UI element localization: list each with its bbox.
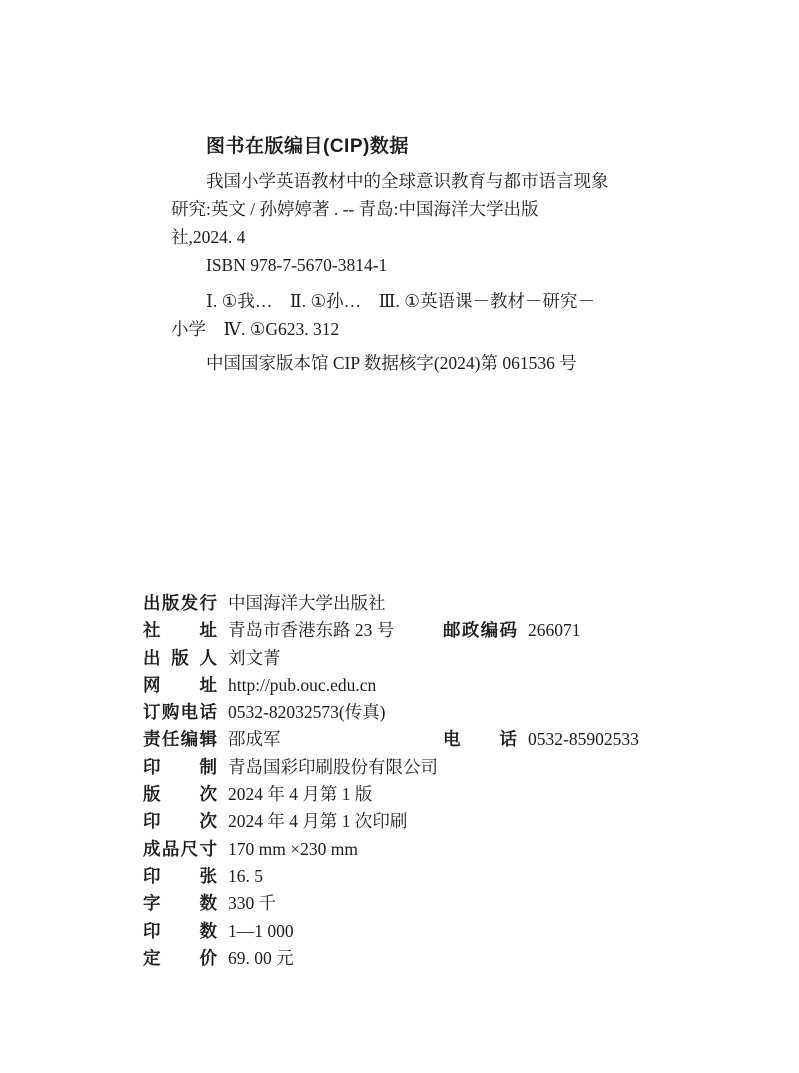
colophon-value: 69. 00 元 — [228, 945, 294, 972]
cip-record-number: 中国国家版本馆 CIP 数据核字(2024)第 061536 号 — [171, 349, 651, 377]
publish-date-line: 社,2024. 4 — [171, 223, 651, 251]
colophon-label: 订购电话 — [143, 699, 217, 726]
colophon-label: 社址 — [143, 617, 217, 644]
colophon-value: 330 千 — [228, 890, 276, 917]
colophon-value: 1—1 000 — [228, 918, 294, 945]
colophon-value: 170 mm ×230 mm — [228, 836, 358, 863]
colophon-label: 印制 — [143, 754, 217, 781]
row-word-count: 字数 330 千 — [143, 890, 763, 917]
colophon-value: 邵成军 — [228, 726, 281, 753]
row-impression: 印次 2024 年 4 月第 1 次印刷 — [143, 808, 763, 835]
colophon-label: 定价 — [143, 945, 217, 972]
colophon-value: 中国海洋大学出版社 — [228, 590, 386, 617]
row-order-phone: 订购电话 0532-82032573(传真) — [143, 699, 763, 726]
isbn-line: ISBN 978-7-5670-3814-1 — [171, 251, 651, 279]
cip-record-block: 我国小学英语教材中的全球意识教育与都市语言现象 研究:英文 / 孙婷婷著 . -… — [171, 167, 651, 377]
row-editor: 责任编辑 邵成军 电话 0532-85902533 — [143, 726, 763, 753]
colophon-value: 2024 年 4 月第 1 次印刷 — [228, 808, 407, 835]
row-edition: 版次 2024 年 4 月第 1 版 — [143, 781, 763, 808]
colophon-value: 0532-82032573(传真) — [228, 699, 385, 726]
colophon-value: 2024 年 4 月第 1 版 — [228, 781, 372, 808]
postal-code-pair: 邮政编码 266071 — [443, 617, 581, 644]
row-address: 社址 青岛市香港东路 23 号 邮政编码 266071 — [143, 617, 763, 644]
colophon-value: 青岛国彩印刷股份有限公司 — [228, 754, 438, 781]
website-url: http://pub.ouc.edu.cn — [228, 672, 376, 699]
colophon-label: 出版人 — [143, 645, 217, 672]
colophon-label: 版次 — [143, 781, 217, 808]
colophon-label: 出版发行 — [143, 590, 217, 617]
row-publisher-person: 出版人 刘文菁 — [143, 645, 763, 672]
colophon-value: 0532-85902533 — [528, 726, 639, 753]
classification-line-1: Ⅰ. ①我… Ⅱ. ①孙… Ⅲ. ①英语课－教材－研究－ — [171, 287, 651, 315]
colophon-label: 印张 — [143, 863, 217, 890]
colophon-value: 青岛市香港东路 23 号 — [228, 617, 394, 644]
colophon-label: 印数 — [143, 918, 217, 945]
colophon-value: 刘文菁 — [228, 645, 281, 672]
book-title-line: 我国小学英语教材中的全球意识教育与都市语言现象 — [171, 167, 651, 195]
colophon-label: 字数 — [143, 890, 217, 917]
phone-pair: 电话 0532-85902533 — [443, 726, 639, 753]
author-publisher-line: 研究:英文 / 孙婷婷著 . -- 青岛:中国海洋大学出版 — [171, 195, 651, 223]
colophon-label: 网址 — [143, 672, 217, 699]
colophon-label: 责任编辑 — [143, 726, 217, 753]
classification-line-2: 小学 Ⅳ. ①G623. 312 — [171, 315, 651, 343]
row-print-run: 印数 1—1 000 — [143, 918, 763, 945]
row-printed-sheets: 印张 16. 5 — [143, 863, 763, 890]
row-publishing-house: 出版发行 中国海洋大学出版社 — [143, 590, 763, 617]
copyright-page: 图书在版编目(CIP)数据 我国小学英语教材中的全球意识教育与都市语言现象 研究… — [0, 0, 799, 1073]
colophon-label: 电话 — [443, 726, 517, 753]
row-website: 网址 http://pub.ouc.edu.cn — [143, 672, 763, 699]
colophon-label: 印次 — [143, 808, 217, 835]
colophon-value: 16. 5 — [228, 863, 263, 890]
row-format-size: 成品尺寸 170 mm ×230 mm — [143, 836, 763, 863]
colophon-block: 出版发行 中国海洋大学出版社 社址 青岛市香港东路 23 号 邮政编码 2660… — [143, 590, 763, 972]
row-printer: 印制 青岛国彩印刷股份有限公司 — [143, 754, 763, 781]
cip-data-heading: 图书在版编目(CIP)数据 — [206, 131, 409, 158]
colophon-label: 邮政编码 — [443, 617, 517, 644]
colophon-value: 266071 — [528, 617, 581, 644]
colophon-label: 成品尺寸 — [143, 836, 217, 863]
row-price: 定价 69. 00 元 — [143, 945, 763, 972]
